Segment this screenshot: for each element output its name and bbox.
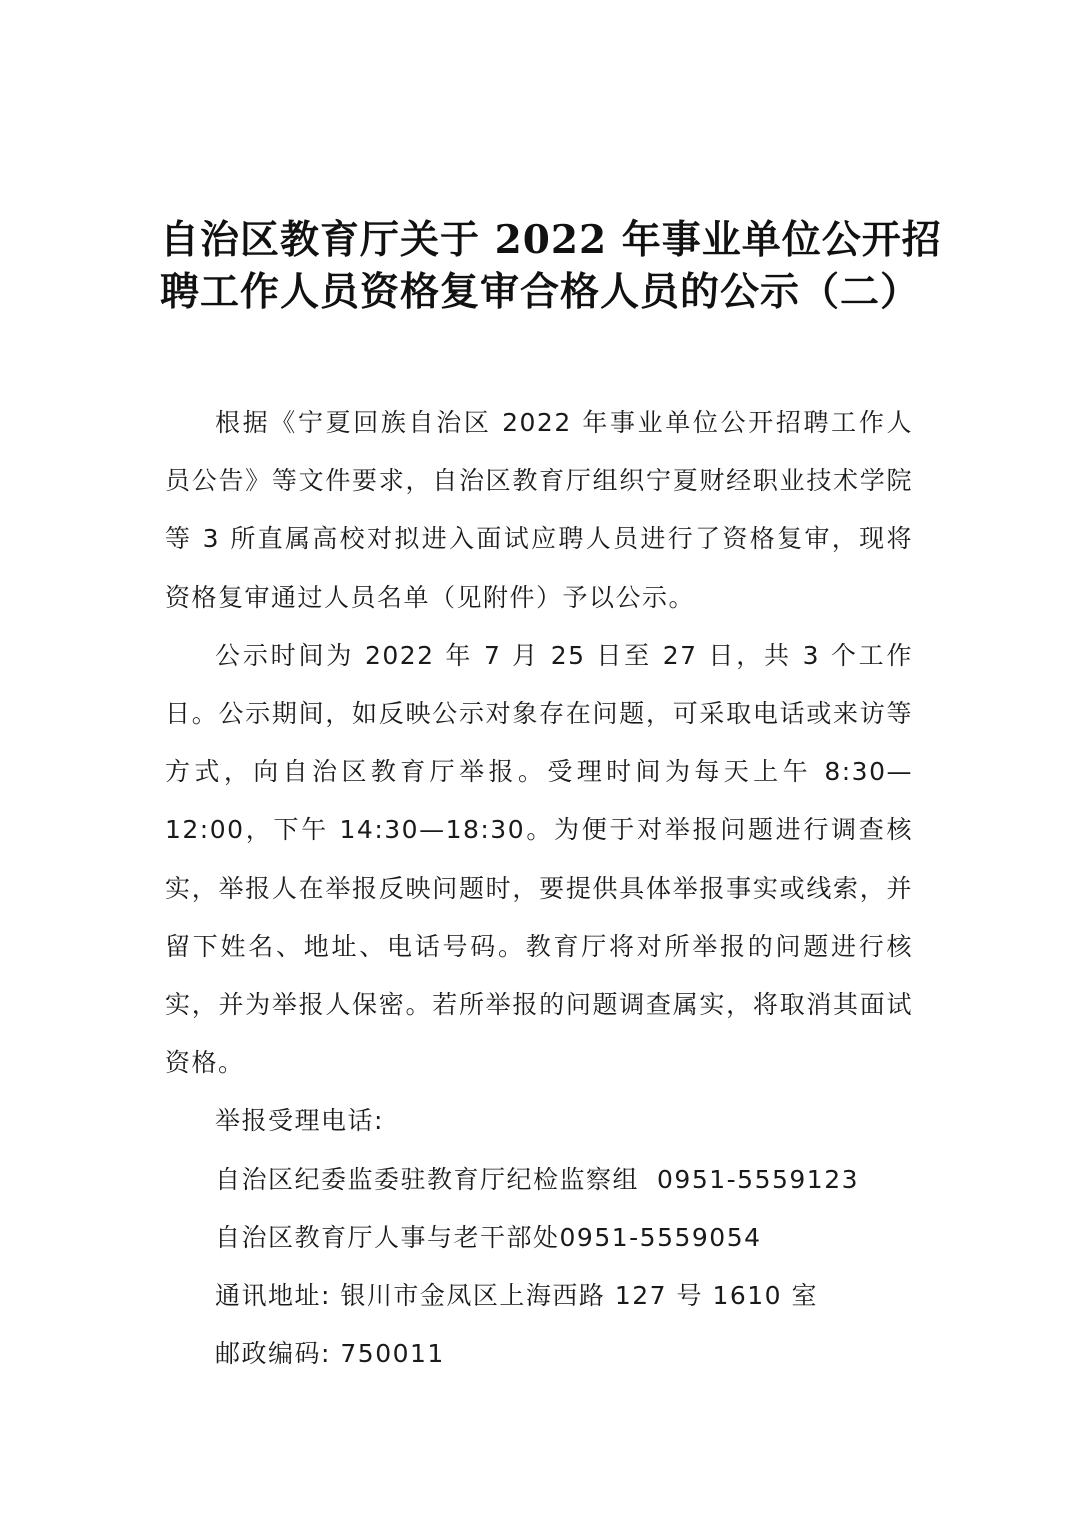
- title-line-2: 聘工作人员资格复审合格人员的公示（二）: [160, 266, 920, 318]
- postcode-label: 邮政编码:: [215, 1339, 331, 1368]
- phone-line-personnel: 自治区教育厅人事与老干部处0951-5559054: [165, 1209, 913, 1267]
- phone-line-discipline: 自治区纪委监委驻教育厅纪检监察组0951-5559123: [165, 1151, 913, 1209]
- document-page: 自治区教育厅关于 2022 年事业单位公开招 聘工作人员资格复审合格人员的公示（…: [0, 0, 1074, 1520]
- document-body: 根据《宁夏回族自治区 2022 年事业单位公开招聘工作人员公告》等文件要求，自治…: [165, 394, 913, 1383]
- phone-number: 0951-5559054: [560, 1223, 762, 1252]
- address-line: 通讯地址: 银川市金凤区上海西路 127 号 1610 室: [165, 1267, 913, 1325]
- document-title: 自治区教育厅关于 2022 年事业单位公开招 聘工作人员资格复审合格人员的公示（…: [160, 214, 920, 318]
- phone-org: 自治区教育厅人事与老干部处: [215, 1223, 560, 1252]
- phone-number: 0951-5559123: [657, 1165, 859, 1194]
- postcode-line: 邮政编码: 750011: [165, 1325, 913, 1383]
- hotline-label: 举报受理电话:: [165, 1092, 913, 1150]
- phone-org: 自治区纪委监委驻教育厅纪检监察组: [215, 1165, 639, 1194]
- address-value: 银川市金凤区上海西路 127 号 1610 室: [340, 1281, 818, 1310]
- paragraph-basis: 根据《宁夏回族自治区 2022 年事业单位公开招聘工作人员公告》等文件要求，自治…: [165, 394, 913, 627]
- postcode-value: 750011: [340, 1339, 444, 1368]
- paragraph-publicity-period: 公示时间为 2022 年 7 月 25 日至 27 日，共 3 个工作日。公示期…: [165, 627, 913, 1093]
- title-line-1: 自治区教育厅关于 2022 年事业单位公开招: [160, 214, 920, 266]
- address-label: 通讯地址:: [215, 1281, 331, 1310]
